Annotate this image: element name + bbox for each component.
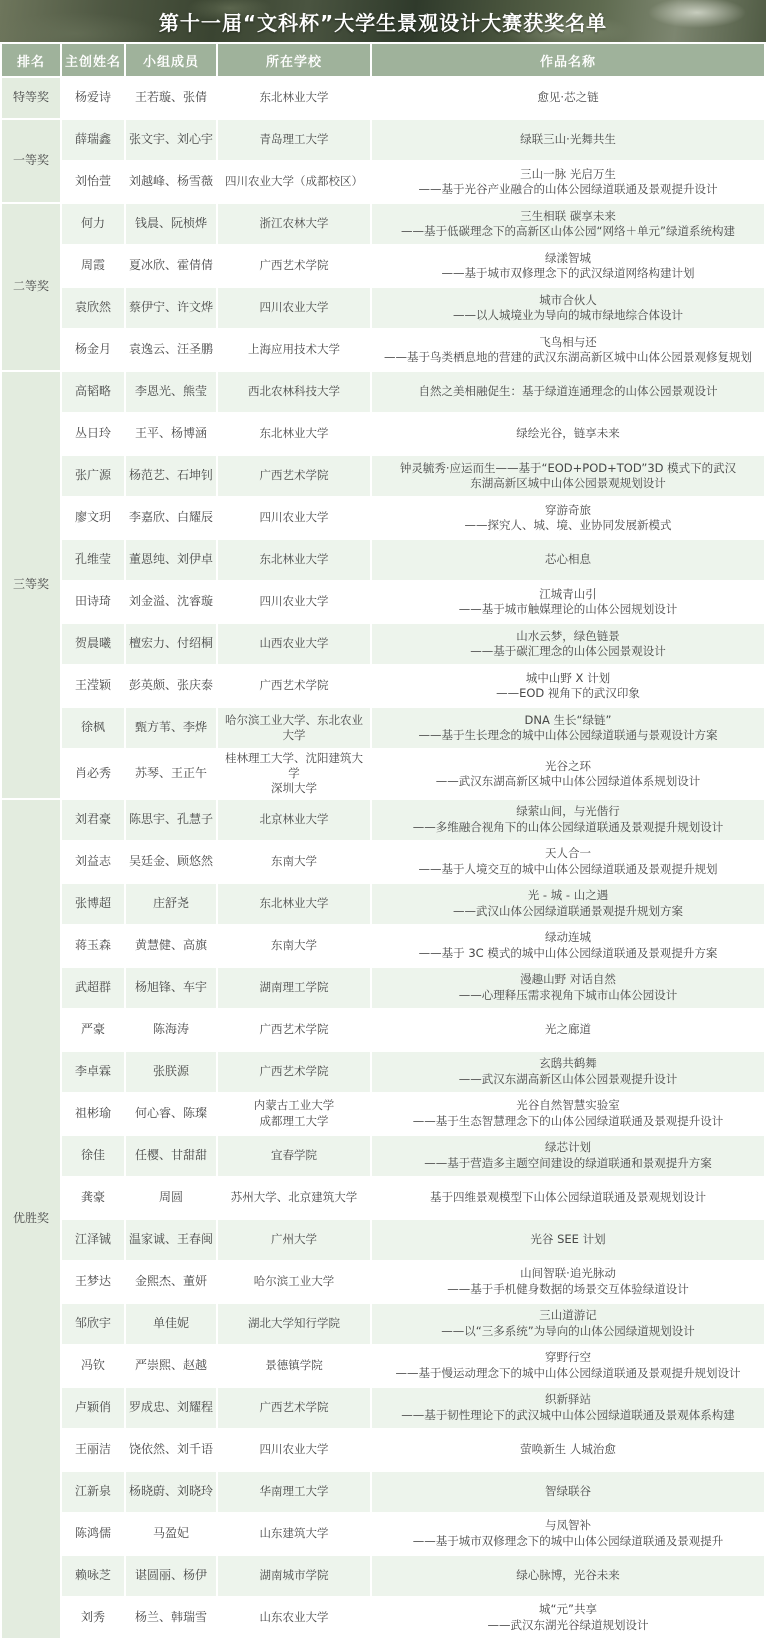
work-cell: 绿联三山·光舞共生: [372, 120, 764, 160]
creator-cell: 周霞: [62, 246, 124, 286]
creator-cell: 刘秀: [62, 1598, 124, 1638]
school-cell-line: 广西艺术学院: [221, 468, 367, 483]
members-cell: 黄慧健、高旗: [126, 926, 216, 966]
work-cell-line: ——基于城市触媒理论的山体公园规划设计: [375, 602, 761, 617]
members-cell: 刘金溢、沈睿璇: [126, 582, 216, 622]
members-cell-line: 温家诚、王春闽: [129, 1232, 213, 1248]
school-cell: 四川农业大学: [218, 498, 370, 538]
work-cell-line: 飞鸟相与还: [375, 335, 761, 350]
work-cell-line: ——基于城市双修理念下的武汉绿道网络构建计划: [375, 266, 761, 281]
members-cell-line: 马盈妃: [129, 1526, 213, 1542]
work-cell-line: 光之廊道: [375, 1022, 761, 1037]
work-cell-line: 漫趣山野 对话自然: [375, 972, 761, 987]
creator-cell-line: 祖彬瑜: [65, 1106, 121, 1122]
work-cell-line: 绿心脉博，光谷未来: [375, 1568, 761, 1583]
work-cell-line: ——心理释压需求视角下城市山体公园设计: [375, 988, 761, 1003]
school-cell: 东北林业大学: [218, 884, 370, 924]
table-row: 田诗琦刘金溢、沈睿璇四川农业大学江城青山引——基于城市触媒理论的山体公园规划设计: [2, 582, 764, 622]
creator-cell-line: 王滢颖: [65, 678, 121, 694]
school-cell-line: 四川农业大学（成都校区）: [221, 174, 367, 189]
school-cell: 广州大学: [218, 1220, 370, 1260]
creator-cell: 陈鸿儒: [62, 1514, 124, 1554]
work-cell-line: 江城青山引: [375, 587, 761, 602]
work-cell-line: ——基于碳汇理念的山体公园景观设计: [375, 644, 761, 659]
school-cell: 东北林业大学: [218, 78, 370, 118]
creator-cell: 丛日玲: [62, 414, 124, 454]
members-cell: 夏冰欣、霍倩倩: [126, 246, 216, 286]
work-cell-line: ——EOD 视角下的武汉印象: [375, 686, 761, 701]
members-cell-line: 杨兰、韩瑞雪: [129, 1610, 213, 1626]
work-cell: 绿动连城——基于 3C 模式的城中山体公园绿道联通及景观提升方案: [372, 926, 764, 966]
work-cell-line: 光谷自然智慧实验室: [375, 1098, 761, 1113]
work-cell-line: 绿芯计划: [375, 1140, 761, 1155]
members-cell: 袁逸云、汪圣鹏: [126, 330, 216, 370]
creator-cell: 何力: [62, 204, 124, 244]
school-cell: 西北农林科技大学: [218, 372, 370, 412]
school-cell-line: 西北农林科技大学: [221, 384, 367, 399]
school-cell-line: 桂林理工大学、沈阳建筑大学: [221, 751, 367, 781]
school-cell: 山东建筑大学: [218, 1514, 370, 1554]
school-cell-line: 广西艺术学院: [221, 1022, 367, 1037]
column-header-creator: 主创姓名: [62, 44, 124, 76]
work-cell-line: ——武汉东湖高新区山体公园景观提升设计: [375, 1072, 761, 1087]
header-row: 排名 主创姓名 小组成员 所在学校 作品名称: [2, 44, 764, 76]
school-cell-line: 四川农业大学: [221, 1442, 367, 1457]
column-header-work: 作品名称: [372, 44, 764, 76]
work-cell-line: 绿漾智城: [375, 251, 761, 266]
table-row: 赖咏芝谌圆丽、杨伊湖南城市学院绿心脉博，光谷未来: [2, 1556, 764, 1596]
table-row: 王丽洁饶依然、刘千语四川农业大学萤唤新生 人城治愈: [2, 1430, 764, 1470]
work-cell: 自然之美相融促生：基于绿道连通理念的山体公园景观设计: [372, 372, 764, 412]
members-cell-line: 张朕源: [129, 1064, 213, 1080]
school-cell-line: 广西艺术学院: [221, 258, 367, 273]
work-cell: 绿萦山间，与光偕行——多维融合视角下的山体公园绿道联通及景观提升规划设计: [372, 800, 764, 840]
members-cell-line: 周圆: [129, 1190, 213, 1206]
table-row: 徐枫甄方苇、李烨哈尔滨工业大学、东北农业大学DNA 生长“绿链”——基于生长理念…: [2, 708, 764, 748]
members-cell: 蔡伊宁、许文烨: [126, 288, 216, 328]
creator-cell-line: 张广源: [65, 468, 121, 484]
creator-cell: 廖文玥: [62, 498, 124, 538]
creator-cell: 王滢颖: [62, 666, 124, 706]
creator-cell-line: 孔维莹: [65, 552, 121, 568]
table-row: 张博超庄舒尧东北林业大学光 - 城 - 山之遇——武汉山体公园绿道联通景观提升规…: [2, 884, 764, 924]
work-cell-line: ——武汉山体公园绿道联通景观提升规划方案: [375, 904, 761, 919]
school-cell: 苏州大学、北京建筑大学: [218, 1178, 370, 1218]
work-cell-line: 东湖高新区城中山体公园景观规划设计: [375, 476, 761, 491]
creator-cell: 刘益志: [62, 842, 124, 882]
members-cell-line: 陈海涛: [129, 1022, 213, 1038]
work-cell: DNA 生长“绿链”——基于生长理念的城中山体公园绿道联通与景观设计方案: [372, 708, 764, 748]
table-row: 江新泉杨晓蔚、刘晓玲华南理工大学智绿联谷: [2, 1472, 764, 1512]
members-cell-line: 谌圆丽、杨伊: [129, 1568, 213, 1584]
work-cell: 山水云梦，绿色链景——基于碳汇理念的山体公园景观设计: [372, 624, 764, 664]
column-header-rank: 排名: [2, 44, 60, 76]
work-cell-line: 芯心相息: [375, 552, 761, 567]
creator-cell: 刘怡萱: [62, 162, 124, 202]
members-cell-line: 夏冰欣、霍倩倩: [129, 258, 213, 274]
work-cell-line: ——探究人、城、境、业协同发展新模式: [375, 518, 761, 533]
work-cell-line: 山水云梦，绿色链景: [375, 629, 761, 644]
school-cell: 东南大学: [218, 842, 370, 882]
table-row: 李卓霖张朕源广西艺术学院玄鸱共鹤舞——武汉东湖高新区山体公园景观提升设计: [2, 1052, 764, 1092]
column-header-members: 小组成员: [126, 44, 216, 76]
work-cell-line: 光 - 城 - 山之遇: [375, 888, 761, 903]
work-cell: 绿芯计划——基于营造多主题空间建设的绿道联通和景观提升方案: [372, 1136, 764, 1176]
school-cell-line: 苏州大学、北京建筑大学: [221, 1190, 367, 1205]
work-cell-line: ——基于鸟类栖息地的营建的武汉东湖高新区城中山体公园景观修复规划: [375, 350, 761, 365]
table-row: 陈鸿儒马盈妃山东建筑大学与凤智补——基于城市双修理念下的城中山体公园绿道联通及景…: [2, 1514, 764, 1554]
work-cell-line: 穿野行空: [375, 1350, 761, 1365]
table-body: 特等奖杨爱诗王若璇、张倩东北林业大学愈见·芯之链一等奖薛瑞鑫张文宇、刘心宇青岛理…: [2, 78, 764, 1638]
work-cell-line: ——基于低碳理念下的高新区山体公园“网络＋单元”绿道系统构建: [375, 224, 761, 239]
members-cell: 董恩纯、刘伊卓: [126, 540, 216, 580]
members-cell: 张文宇、刘心宇: [126, 120, 216, 160]
work-cell-line: 智绿联谷: [375, 1484, 761, 1499]
members-cell-line: 张文宇、刘心宇: [129, 132, 213, 148]
members-cell-line: 任樱、甘甜甜: [129, 1148, 213, 1164]
members-cell: 饶依然、刘千语: [126, 1430, 216, 1470]
creator-cell-line: 张博超: [65, 896, 121, 912]
work-cell: 三生相联 碳享未来——基于低碳理念下的高新区山体公园“网络＋单元”绿道系统构建: [372, 204, 764, 244]
table-row: 孔维莹董恩纯、刘伊卓东北林业大学芯心相息: [2, 540, 764, 580]
members-cell-line: 彭英颇、张庆泰: [129, 678, 213, 694]
school-cell: 东北林业大学: [218, 540, 370, 580]
creator-cell-line: 杨爱诗: [65, 90, 121, 106]
work-cell-line: 光谷之环: [375, 759, 761, 774]
work-cell-line: 城“元”共享: [375, 1602, 761, 1617]
school-cell-line: 哈尔滨工业大学、东北农业大学: [221, 713, 367, 743]
work-cell-line: 自然之美相融促生：基于绿道连通理念的山体公园景观设计: [375, 384, 761, 399]
work-cell-line: ——以人城境业为导向的城市绿地综合体设计: [375, 308, 761, 323]
school-cell: 四川农业大学（成都校区）: [218, 162, 370, 202]
table-row: 蒋玉森黄慧健、高旗东南大学绿动连城——基于 3C 模式的城中山体公园绿道联通及景…: [2, 926, 764, 966]
school-cell-line: 广西艺术学院: [221, 1400, 367, 1415]
work-cell-line: ——基于城市双修理念下的城中山体公园绿道联通及景观提升: [375, 1534, 761, 1549]
work-cell: 穿野行空——基于慢运动理念下的城中山体公园绿道联通及景观提升规划设计: [372, 1346, 764, 1386]
school-cell: 内蒙古工业大学成都理工大学: [218, 1094, 370, 1134]
school-cell: 北京林业大学: [218, 800, 370, 840]
members-cell: 苏琴、王正午: [126, 750, 216, 798]
table-row: 祖彬瑜何心睿、陈璨内蒙古工业大学成都理工大学光谷自然智慧实验室——基于生态智慧理…: [2, 1094, 764, 1134]
members-cell-line: 蔡伊宁、许文烨: [129, 300, 213, 316]
work-cell-line: ——基于手机健身数据的场景交互体验绿道设计: [375, 1282, 761, 1297]
members-cell-line: 陈思宇、孔慧子: [129, 812, 213, 828]
table-row: 江泽铖温家诚、王春闽广州大学光谷 SEE 计划: [2, 1220, 764, 1260]
creator-cell: 王梦达: [62, 1262, 124, 1302]
work-cell-line: ——基于韧性理论下的武汉城中山体公园绿道联通及景观体系构建: [375, 1408, 761, 1423]
members-cell: 庄舒尧: [126, 884, 216, 924]
table-row: 武超群杨旭锋、车宇湖南理工学院漫趣山野 对话自然——心理释压需求视角下城市山体公…: [2, 968, 764, 1008]
table-row: 一等奖薛瑞鑫张文宇、刘心宇青岛理工大学绿联三山·光舞共生: [2, 120, 764, 160]
creator-cell: 徐枫: [62, 708, 124, 748]
members-cell-line: 黄慧健、高旗: [129, 938, 213, 954]
members-cell-line: 何心睿、陈璨: [129, 1106, 213, 1122]
members-cell: 钱晨、阮桢烨: [126, 204, 216, 244]
school-cell: 湖北大学知行学院: [218, 1304, 370, 1344]
members-cell: 谌圆丽、杨伊: [126, 1556, 216, 1596]
creator-cell-line: 田诗琦: [65, 594, 121, 610]
work-cell-line: ——基于慢运动理念下的城中山体公园绿道联通及景观提升规划设计: [375, 1366, 761, 1381]
creator-cell: 张广源: [62, 456, 124, 496]
creator-cell: 冯钦: [62, 1346, 124, 1386]
rank-cell: 特等奖: [2, 78, 60, 118]
school-cell-line: 山东农业大学: [221, 1610, 367, 1625]
school-cell-line: 宜春学院: [221, 1148, 367, 1163]
school-cell: 四川农业大学: [218, 288, 370, 328]
work-cell-line: 萤唤新生 人城治愈: [375, 1442, 761, 1457]
work-cell: 光谷 SEE 计划: [372, 1220, 764, 1260]
school-cell: 广西艺术学院: [218, 1010, 370, 1050]
table-row: 优胜奖刘君豪陈思宇、孔慧子北京林业大学绿萦山间，与光偕行——多维融合视角下的山体…: [2, 800, 764, 840]
members-cell: 马盈妃: [126, 1514, 216, 1554]
members-cell-line: 王若璇、张倩: [129, 90, 213, 106]
creator-cell-line: 严豪: [65, 1022, 121, 1038]
creator-cell: 徐佳: [62, 1136, 124, 1176]
work-cell: 城“元”共享——武汉东湖光谷绿道规划设计: [372, 1598, 764, 1638]
table-row: 严豪陈海涛广西艺术学院光之廊道: [2, 1010, 764, 1050]
creator-cell: 贺晨曦: [62, 624, 124, 664]
page-title: 第十一届“文科杯”大学生景观设计大赛获奖名单: [159, 7, 607, 36]
work-cell: 芯心相息: [372, 540, 764, 580]
members-cell-line: 单佳妮: [129, 1316, 213, 1332]
school-cell: 四川农业大学: [218, 582, 370, 622]
creator-cell: 薛瑞鑫: [62, 120, 124, 160]
members-cell: 杨晓蔚、刘晓玲: [126, 1472, 216, 1512]
table-row: 龚豪周圆苏州大学、北京建筑大学基于四维景观模型下山体公园绿道联通及景观规划设计: [2, 1178, 764, 1218]
school-cell: 青岛理工大学: [218, 120, 370, 160]
work-cell: 三山一脉 光启万生——基于光谷产业融合的山体公园绿道联通及景观提升设计: [372, 162, 764, 202]
members-cell: 王若璇、张倩: [126, 78, 216, 118]
work-cell: 江城青山引——基于城市触媒理论的山体公园规划设计: [372, 582, 764, 622]
table-row: 邹欣宇单佳妮湖北大学知行学院三山道游记——以“三多系统”为导向的山体公园绿道规划…: [2, 1304, 764, 1344]
work-cell: 城市合伙人——以人城境业为导向的城市绿地综合体设计: [372, 288, 764, 328]
creator-cell: 蒋玉森: [62, 926, 124, 966]
creator-cell: 杨金月: [62, 330, 124, 370]
work-cell: 萤唤新生 人城治愈: [372, 1430, 764, 1470]
creator-cell-line: 高韬略: [65, 384, 121, 400]
work-cell: 山间智联·追光脉动——基于手机健身数据的场景交互体验绿道设计: [372, 1262, 764, 1302]
school-cell-line: 景德镇学院: [221, 1358, 367, 1373]
creator-cell: 王丽洁: [62, 1430, 124, 1470]
members-cell: 陈海涛: [126, 1010, 216, 1050]
school-cell: 华南理工大学: [218, 1472, 370, 1512]
members-cell-line: 饶依然、刘千语: [129, 1442, 213, 1458]
members-cell: 杨兰、韩瑞雪: [126, 1598, 216, 1638]
awards-table: 排名 主创姓名 小组成员 所在学校 作品名称 特等奖杨爱诗王若璇、张倩东北林业大…: [0, 42, 766, 1640]
school-cell-line: 山西农业大学: [221, 636, 367, 651]
work-cell: 光 - 城 - 山之遇——武汉山体公园绿道联通景观提升规划方案: [372, 884, 764, 924]
school-cell: 广西艺术学院: [218, 456, 370, 496]
creator-cell-line: 龚豪: [65, 1190, 121, 1206]
school-cell-line: 成都理工大学: [221, 1114, 367, 1129]
members-cell: 彭英颇、张庆泰: [126, 666, 216, 706]
members-cell: 刘越峰、杨雪薇: [126, 162, 216, 202]
creator-cell-line: 刘益志: [65, 854, 121, 870]
school-cell: 宜春学院: [218, 1136, 370, 1176]
creator-cell: 龚豪: [62, 1178, 124, 1218]
work-cell-line: 城市合伙人: [375, 293, 761, 308]
column-header-school: 所在学校: [218, 44, 370, 76]
work-cell: 光谷自然智慧实验室——基于生态智慧理念下的山体公园绿道联通及景观提升设计: [372, 1094, 764, 1134]
table-row: 杨金月袁逸云、汪圣鹏上海应用技术大学飞鸟相与还——基于鸟类栖息地的营建的武汉东湖…: [2, 330, 764, 370]
creator-cell-line: 赖咏芝: [65, 1568, 121, 1584]
school-cell-line: 青岛理工大学: [221, 132, 367, 147]
creator-cell: 邹欣宇: [62, 1304, 124, 1344]
table-row: 袁欣然蔡伊宁、许文烨四川农业大学城市合伙人——以人城境业为导向的城市绿地综合体设…: [2, 288, 764, 328]
members-cell: 周圆: [126, 1178, 216, 1218]
work-cell: 织新驿站——基于韧性理论下的武汉城中山体公园绿道联通及景观体系构建: [372, 1388, 764, 1428]
school-cell-line: 上海应用技术大学: [221, 342, 367, 357]
work-cell-line: 织新驿站: [375, 1392, 761, 1407]
creator-cell-line: 丛日玲: [65, 426, 121, 442]
school-cell: 山东农业大学: [218, 1598, 370, 1638]
creator-cell-line: 袁欣然: [65, 300, 121, 316]
members-cell: 吴廷金、顾悠然: [126, 842, 216, 882]
members-cell: 任樱、甘甜甜: [126, 1136, 216, 1176]
creator-cell: 高韬略: [62, 372, 124, 412]
work-cell-line: 天人合一: [375, 846, 761, 861]
table-row: 刘秀杨兰、韩瑞雪山东农业大学城“元”共享——武汉东湖光谷绿道规划设计: [2, 1598, 764, 1638]
members-cell: 金熙杰、董妍: [126, 1262, 216, 1302]
school-cell-line: 东北林业大学: [221, 552, 367, 567]
work-cell-line: 三山一脉 光启万生: [375, 167, 761, 182]
creator-cell: 孔维莹: [62, 540, 124, 580]
work-cell-line: 三生相联 碳享未来: [375, 209, 761, 224]
school-cell-line: 东南大学: [221, 938, 367, 953]
creator-cell-line: 刘秀: [65, 1610, 121, 1626]
creator-cell: 袁欣然: [62, 288, 124, 328]
table-row: 贺晨曦檀宏力、付绍桐山西农业大学山水云梦，绿色链景——基于碳汇理念的山体公园景观…: [2, 624, 764, 664]
members-cell-line: 杨晓蔚、刘晓玲: [129, 1484, 213, 1500]
table-row: 张广源杨范艺、石坤钊广西艺术学院钟灵毓秀·应运而生——基于“EOD+POD+TO…: [2, 456, 764, 496]
school-cell-line: 哈尔滨工业大学: [221, 1274, 367, 1289]
school-cell: 山西农业大学: [218, 624, 370, 664]
members-cell: 罗成忠、刘耀程: [126, 1388, 216, 1428]
table-row: 刘益志吴廷金、顾悠然东南大学天人合一——基于人境交互的城中山体公园绿道联通及景观…: [2, 842, 764, 882]
school-cell: 东北林业大学: [218, 414, 370, 454]
table-row: 特等奖杨爱诗王若璇、张倩东北林业大学愈见·芯之链: [2, 78, 764, 118]
creator-cell-line: 武超群: [65, 980, 121, 996]
work-cell: 基于四维景观模型下山体公园绿道联通及景观规划设计: [372, 1178, 764, 1218]
creator-cell-line: 蒋玉森: [65, 938, 121, 954]
work-cell: 飞鸟相与还——基于鸟类栖息地的营建的武汉东湖高新区城中山体公园景观修复规划: [372, 330, 764, 370]
creator-cell-line: 邹欣宇: [65, 1316, 121, 1332]
creator-cell-line: 何力: [65, 216, 121, 232]
school-cell: 上海应用技术大学: [218, 330, 370, 370]
work-cell-line: ——多维融合视角下的山体公园绿道联通及景观提升规划设计: [375, 820, 761, 835]
table-row: 周霞夏冰欣、霍倩倩广西艺术学院绿漾智城——基于城市双修理念下的武汉绿道网络构建计…: [2, 246, 764, 286]
rank-cell: 一等奖: [2, 120, 60, 202]
rank-cell: 优胜奖: [2, 800, 60, 1638]
members-cell: 李恩光、熊莹: [126, 372, 216, 412]
members-cell-line: 檀宏力、付绍桐: [129, 636, 213, 652]
members-cell-line: 杨旭锋、车宇: [129, 980, 213, 996]
table-row: 徐佳任樱、甘甜甜宜春学院绿芯计划——基于营造多主题空间建设的绿道联通和景观提升方…: [2, 1136, 764, 1176]
work-cell-line: ——基于光谷产业融合的山体公园绿道联通及景观提升设计: [375, 182, 761, 197]
creator-cell-line: 周霞: [65, 258, 121, 274]
creator-cell-line: 杨金月: [65, 342, 121, 358]
work-cell: 穿游奇旅——探究人、城、境、业协同发展新模式: [372, 498, 764, 538]
table-row: 肖必秀苏琴、王正午桂林理工大学、沈阳建筑大学深圳大学光谷之环——武汉东湖高新区城…: [2, 750, 764, 798]
work-cell: 智绿联谷: [372, 1472, 764, 1512]
members-cell: 何心睿、陈璨: [126, 1094, 216, 1134]
school-cell-line: 湖北大学知行学院: [221, 1316, 367, 1331]
work-cell: 光之廊道: [372, 1010, 764, 1050]
members-cell-line: 董恩纯、刘伊卓: [129, 552, 213, 568]
work-cell: 愈见·芯之链: [372, 78, 764, 118]
members-cell-line: 刘越峰、杨雪薇: [129, 174, 213, 190]
school-cell-line: 内蒙古工业大学: [221, 1098, 367, 1113]
work-cell: 玄鸱共鹤舞——武汉东湖高新区山体公园景观提升设计: [372, 1052, 764, 1092]
members-cell: 陈思宇、孔慧子: [126, 800, 216, 840]
creator-cell-line: 薛瑞鑫: [65, 132, 121, 148]
school-cell-line: 浙江农林大学: [221, 216, 367, 231]
work-cell: 光谷之环——武汉东湖高新区城中山体公园绿道体系规划设计: [372, 750, 764, 798]
members-cell-line: 甄方苇、李烨: [129, 720, 213, 736]
members-cell-line: 杨范艺、石坤钊: [129, 468, 213, 484]
creator-cell: 武超群: [62, 968, 124, 1008]
work-cell-line: ——武汉东湖高新区城中山体公园绿道体系规划设计: [375, 774, 761, 789]
members-cell-line: 王平、杨博涵: [129, 426, 213, 442]
members-cell: 杨旭锋、车宇: [126, 968, 216, 1008]
school-cell-line: 湖南理工学院: [221, 980, 367, 995]
school-cell: 哈尔滨工业大学: [218, 1262, 370, 1302]
table-row: 王滢颖彭英颇、张庆泰广西艺术学院城中山野 X 计划——EOD 视角下的武汉印象: [2, 666, 764, 706]
table-row: 三等奖高韬略李恩光、熊莹西北农林科技大学自然之美相融促生：基于绿道连通理念的山体…: [2, 372, 764, 412]
work-cell-line: 愈见·芯之链: [375, 90, 761, 105]
creator-cell: 田诗琦: [62, 582, 124, 622]
rank-cell: 二等奖: [2, 204, 60, 370]
members-cell-line: 罗成忠、刘耀程: [129, 1400, 213, 1416]
members-cell-line: 袁逸云、汪圣鹏: [129, 342, 213, 358]
table-row: 冯钦严崇熙、赵越景德镇学院穿野行空——基于慢运动理念下的城中山体公园绿道联通及景…: [2, 1346, 764, 1386]
work-cell-line: 钟灵毓秀·应运而生——基于“EOD+POD+TOD”3D 模式下的武汉: [375, 461, 761, 476]
school-cell-line: 四川农业大学: [221, 300, 367, 315]
creator-cell: 李卓霖: [62, 1052, 124, 1092]
work-cell-line: ——基于人境交互的城中山体公园绿道联通及景观提升规划: [375, 862, 761, 877]
creator-cell-line: 陈鸿儒: [65, 1526, 121, 1542]
creator-cell-line: 冯钦: [65, 1358, 121, 1374]
creator-cell: 卢颖俏: [62, 1388, 124, 1428]
school-cell: 桂林理工大学、沈阳建筑大学深圳大学: [218, 750, 370, 798]
creator-cell-line: 徐佳: [65, 1148, 121, 1164]
creator-cell: 祖彬瑜: [62, 1094, 124, 1134]
school-cell: 东南大学: [218, 926, 370, 966]
work-cell-line: 绿萦山间，与光偕行: [375, 804, 761, 819]
creator-cell-line: 王丽洁: [65, 1442, 121, 1458]
creator-cell: 肖必秀: [62, 750, 124, 798]
work-cell: 城中山野 X 计划——EOD 视角下的武汉印象: [372, 666, 764, 706]
members-cell-line: 刘金溢、沈睿璇: [129, 594, 213, 610]
school-cell-line: 东南大学: [221, 854, 367, 869]
creator-cell-line: 廖文玥: [65, 510, 121, 526]
table-row: 刘怡萱刘越峰、杨雪薇四川农业大学（成都校区）三山一脉 光启万生——基于光谷产业融…: [2, 162, 764, 202]
creator-cell-line: 江新泉: [65, 1484, 121, 1500]
creator-cell-line: 王梦达: [65, 1274, 121, 1290]
work-cell-line: ——基于生长理念的城中山体公园绿道联通与景观设计方案: [375, 728, 761, 743]
work-cell: 三山道游记——以“三多系统”为导向的山体公园绿道规划设计: [372, 1304, 764, 1344]
table-row: 二等奖何力钱晨、阮桢烨浙江农林大学三生相联 碳享未来——基于低碳理念下的高新区山…: [2, 204, 764, 244]
school-cell: 广西艺术学院: [218, 246, 370, 286]
work-cell-line: 基于四维景观模型下山体公园绿道联通及景观规划设计: [375, 1190, 761, 1205]
school-cell-line: 四川农业大学: [221, 594, 367, 609]
work-cell-line: 城中山野 X 计划: [375, 671, 761, 686]
school-cell-line: 广州大学: [221, 1232, 367, 1247]
work-cell-line: 光谷 SEE 计划: [375, 1232, 761, 1247]
members-cell: 李嘉欣、白耀辰: [126, 498, 216, 538]
creator-cell: 江泽铖: [62, 1220, 124, 1260]
members-cell-line: 金熙杰、董妍: [129, 1274, 213, 1290]
